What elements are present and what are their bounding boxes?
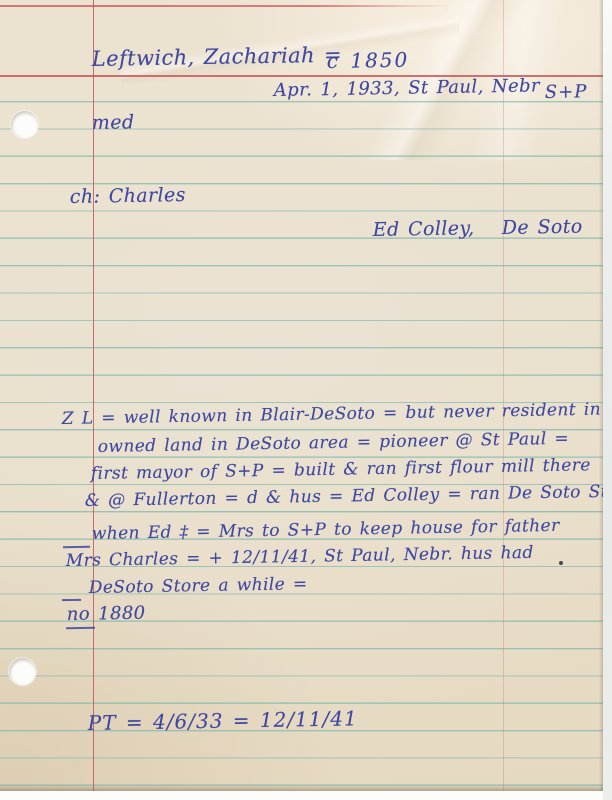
handwriting-birth-year: c 1850: [327, 48, 410, 73]
scanned-note-page: Leftwich, Zachariah = c 1850 Apr. 1, 193…: [0, 0, 612, 800]
handwriting-town-code: S+P: [545, 81, 588, 103]
handwriting-body-line-8: no 1880: [67, 603, 146, 625]
handwriting-date-place: Apr. 1, 1933, St Paul, Nebr: [274, 75, 541, 101]
punch-hole-bottom: [9, 658, 36, 685]
handwriting-surname-given: Leftwich, Zachariah =: [92, 43, 343, 71]
ink-speck: [559, 561, 563, 565]
red-rule-line-top: [0, 5, 450, 7]
ink-underline-mark: [62, 599, 81, 601]
handwriting-source-mark: med: [92, 111, 135, 134]
handwriting-body-line-7: DeSoto Store a while =: [89, 574, 308, 598]
handwriting-informant-place: De Soto: [502, 216, 583, 239]
handwriting-children-line: ch: Charles: [70, 184, 186, 208]
scanner-background-right: [603, 0, 612, 800]
handwriting-date-stamp: PT = 4/6/33 = 12/11/41: [88, 706, 358, 735]
scanner-background-bottom: [0, 791, 603, 800]
notebook-paper: Leftwich, Zachariah = c 1850 Apr. 1, 193…: [0, 0, 603, 791]
red-right-margin-line: [503, 0, 504, 791]
handwriting-informant-name: Ed Colley,: [373, 217, 475, 241]
punch-hole-top: [11, 111, 38, 138]
